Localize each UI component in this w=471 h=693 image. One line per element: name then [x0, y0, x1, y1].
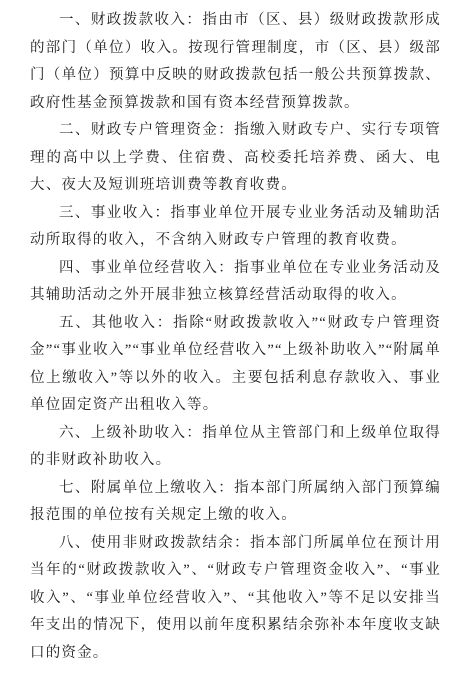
paragraph-fiscal-special-account-funds: 二、财政专户管理资金：指缴入财政专户、实行专项管理的高中以上学费、住宿费、高校委… — [30, 117, 441, 200]
paragraph-other-income: 五、其他收入：指除“财政拨款收入”“财政专户管理资金”“事业收入”“事业单位经营… — [30, 310, 441, 420]
document-page: 一、财政拨款收入：指由市（区、县）级财政拨款形成的部门（单位）收入。按现行管理制… — [0, 0, 471, 693]
paragraph-public-institution-income: 三、事业收入：指事业单位开展专业业务活动及辅助活动所取得的收入，不含纳入财政专户… — [30, 200, 441, 255]
paragraph-superior-subsidy-income: 六、上级补助收入：指单位从主管部门和上级单位取得的非财政补助收入。 — [30, 420, 441, 475]
paragraph-fiscal-appropriation-income: 一、财政拨款收入：指由市（区、县）级财政拨款形成的部门（单位）收入。按现行管理制… — [30, 7, 441, 117]
paragraph-non-fiscal-carryover-usage: 八、使用非财政拨款结余：指本部门所属单位在预计用当年的“财政拨款收入”、“财政专… — [30, 530, 441, 668]
paragraph-operating-income: 四、事业单位经营收入：指事业单位在专业业务活动及其辅助活动之外开展非独立核算经营… — [30, 255, 441, 310]
paragraph-subordinate-unit-remittance: 七、附属单位上缴收入：指本部门所属纳入部门预算编报范围的单位按有关规定上缴的收入… — [30, 475, 441, 530]
